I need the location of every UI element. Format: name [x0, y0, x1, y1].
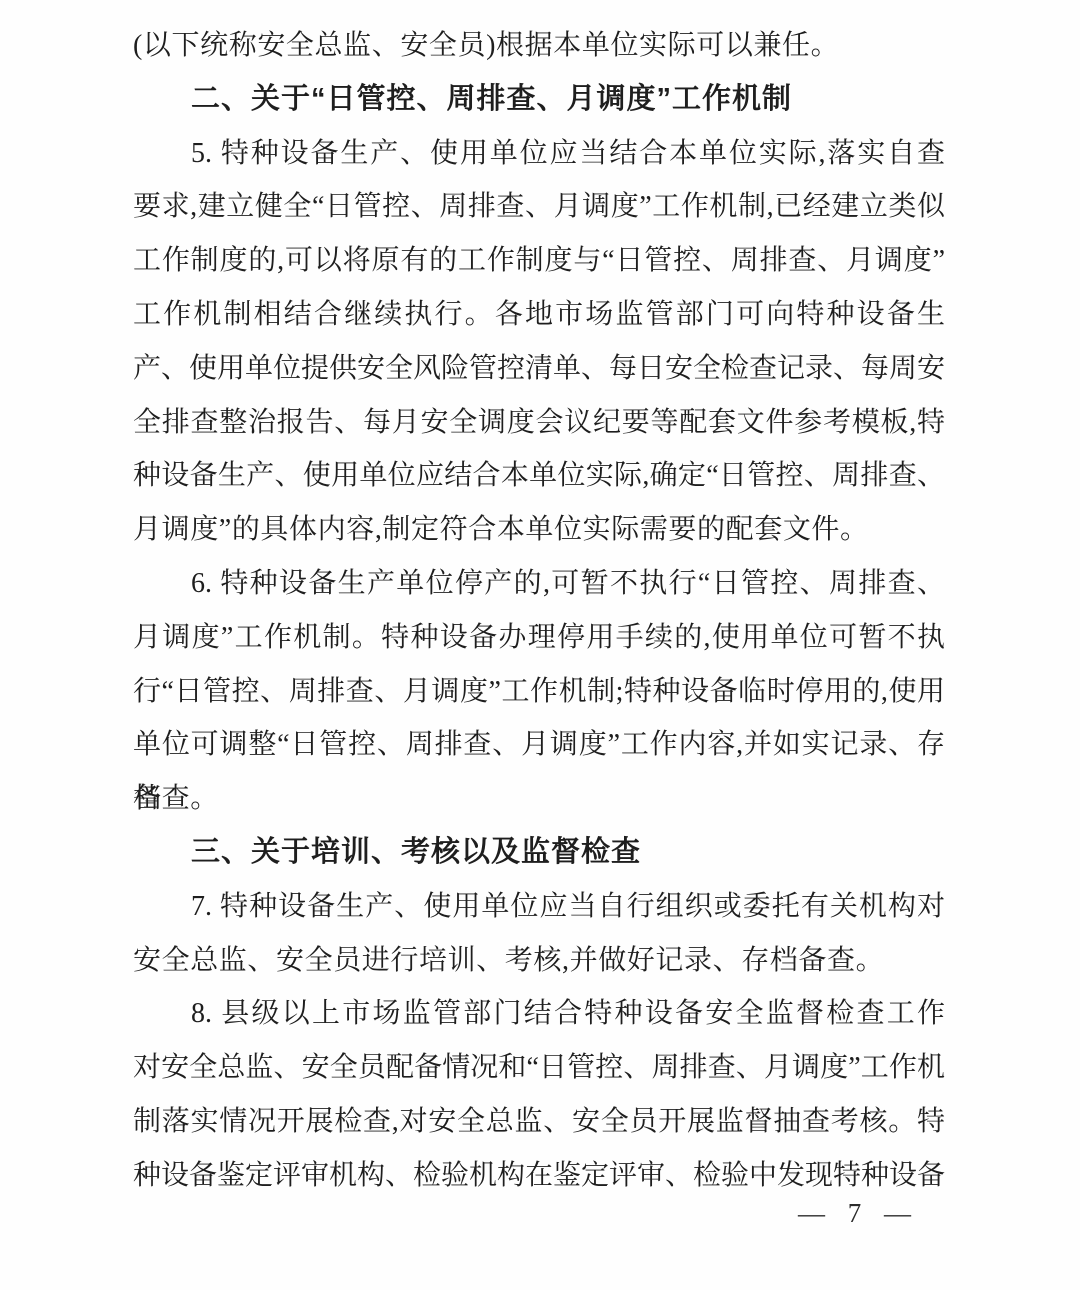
section-heading-2: 二、关于“日管控、周排查、月调度”工作机制	[133, 73, 945, 127]
text-line: 对安全总监、安全员配备情况和“日管控、周排查、月调度”工作机	[133, 1041, 945, 1095]
text-line-item-5-start: 5. 特种设备生产、使用单位应当结合本单位实际,落实自查	[133, 127, 945, 181]
text-line: 工作机制相结合继续执行。各地市场监管部门可向特种设备生	[133, 288, 945, 342]
text-line-item-8-start: 8. 县级以上市场监管部门结合特种设备安全监督检查工作	[133, 987, 945, 1041]
text-line-paragraph-end: 备查。	[133, 772, 945, 826]
text-line-paragraph-end: 安全总监、安全员进行培训、考核,并做好记录、存档备查。	[133, 934, 945, 988]
document-page: (以下统称安全总监、安全员)根据本单位实际可以兼任。 二、关于“日管控、周排查、…	[0, 0, 1080, 1290]
text-line-item-6-start: 6. 特种设备生产单位停产的,可暂不执行“日管控、周排查、	[133, 557, 945, 611]
text-line: 行“日管控、周排查、月调度”工作机制;特种设备临时停用的,使用	[133, 665, 945, 719]
text-line-paragraph-end: 月调度”的具体内容,制定符合本单位实际需要的配套文件。	[133, 503, 945, 557]
text-line-item-7-start: 7. 特种设备生产、使用单位应当自行组织或委托有关机构对	[133, 880, 945, 934]
text-line: 全排查整治报告、每月安全调度会议纪要等配套文件参考模板,特	[133, 396, 945, 450]
text-line: 要求,建立健全“日管控、周排查、月调度”工作机制,已经建立类似	[133, 180, 945, 234]
text-line: 种设备生产、使用单位应结合本单位实际,确定“日管控、周排查、	[133, 449, 945, 503]
document-text-block: (以下统称安全总监、安全员)根据本单位实际可以兼任。 二、关于“日管控、周排查、…	[133, 19, 945, 1203]
text-line: 工作制度的,可以将原有的工作制度与“日管控、周排查、月调度”	[133, 234, 945, 288]
text-line: 单位可调整“日管控、周排查、月调度”工作内容,并如实记录、存档	[133, 718, 945, 772]
text-line: (以下统称安全总监、安全员)根据本单位实际可以兼任。	[133, 19, 945, 73]
text-line: 制落实情况开展检查,对安全总监、安全员开展监督抽查考核。特	[133, 1095, 945, 1149]
section-heading-3: 三、关于培训、考核以及监督检查	[133, 826, 945, 880]
text-line: 种设备鉴定评审机构、检验机构在鉴定评审、检验中发现特种设备	[133, 1149, 945, 1203]
page-number: — 7 —	[798, 1198, 912, 1229]
text-line: 产、使用单位提供安全风险管控清单、每日安全检查记录、每周安	[133, 342, 945, 396]
text-line: 月调度”工作机制。特种设备办理停用手续的,使用单位可暂不执	[133, 611, 945, 665]
